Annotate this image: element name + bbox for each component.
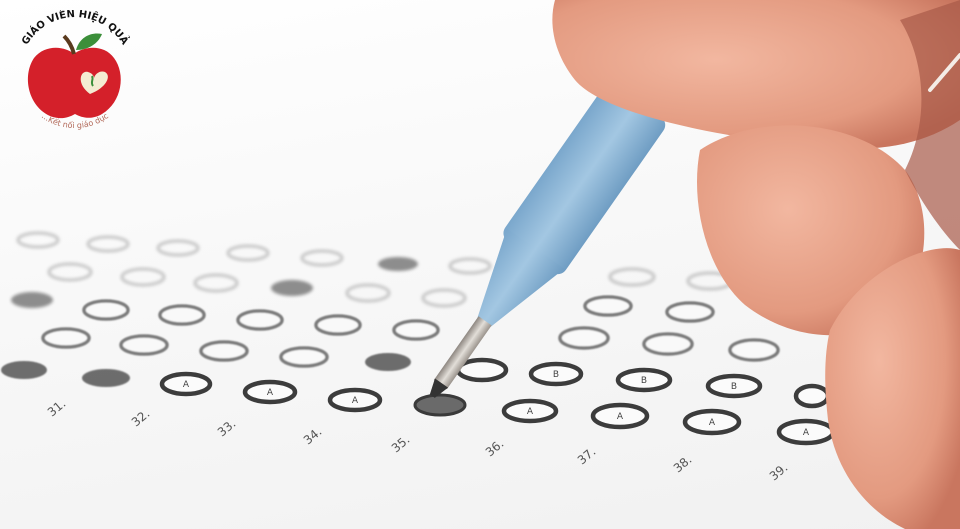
svg-text:B: B [731, 382, 737, 392]
svg-text:A: A [267, 388, 274, 398]
svg-text:37.: 37. [575, 444, 599, 467]
svg-text:39.: 39. [767, 460, 791, 483]
svg-text:GIÁO VIÊN HIỆU QUẢ: GIÁO VIÊN HIỆU QUẢ [20, 10, 132, 47]
svg-text:B: B [641, 376, 647, 386]
svg-text:38.: 38. [671, 452, 695, 475]
svg-text:A: A [617, 412, 624, 422]
svg-text:35.: 35. [389, 432, 413, 455]
svg-text:A: A [352, 396, 359, 406]
marked-bubble [415, 395, 465, 415]
svg-text:32.: 32. [129, 406, 153, 429]
svg-text:A: A [527, 407, 534, 417]
hand [552, 0, 960, 529]
svg-text:33.: 33. [215, 416, 239, 439]
giao-vien-hieu-qua-logo: GIÁO VIÊN HIỆU QUẢ ...Kết nối giáo dục [10, 10, 140, 140]
svg-text:A: A [709, 418, 716, 428]
svg-text:B: B [553, 370, 559, 380]
answer-sheet: AAA BBB AAAA 31. 32. 33. 34. 35. 36. 37.… [0, 0, 960, 529]
svg-text:36.: 36. [483, 436, 507, 459]
svg-text:A: A [803, 428, 810, 438]
svg-text:31.: 31. [45, 396, 69, 419]
svg-text:A: A [183, 380, 190, 390]
svg-text:34.: 34. [301, 424, 325, 447]
apple-heart-icon: GIÁO VIÊN HIỆU QUẢ ...Kết nối giáo dục [10, 10, 140, 140]
